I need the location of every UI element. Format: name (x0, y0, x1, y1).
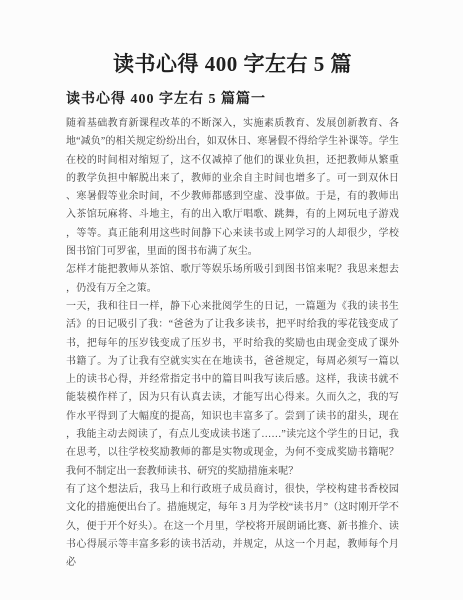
document-title: 读书心得 400 字左右 5 篇 (66, 50, 399, 78)
section-heading: 读书心得 400 字左右 5 篇篇一 (66, 90, 399, 110)
document-body: 随着基础教育新课程改革的不断深入，实施素质教育、发展创新教育、各地“减负”的相关… (66, 115, 399, 572)
document-page: 读书心得 400 字左右 5 篇 读书心得 400 字左右 5 篇篇一 随着基础… (0, 0, 463, 600)
paragraph-3: 一天，我和往日一样，静下心来批阅学生的日记，一篇题为《我的读书生活》的日记吸引了… (66, 298, 399, 481)
paragraph-4: 有了这个想法后，我马上和行政班子成员商讨，很快，学校构建书香校园文化的措施便出台… (66, 481, 399, 572)
paragraph-1: 随着基础教育新课程改革的不断深入，实施素质教育、发展创新教育、各地“减负”的相关… (66, 115, 399, 261)
paragraph-2: 怎样才能把教师从茶馆、歌厅等娱乐场所吸引到图书馆来呢？我思来想去，仍没有万全之策… (66, 261, 399, 298)
